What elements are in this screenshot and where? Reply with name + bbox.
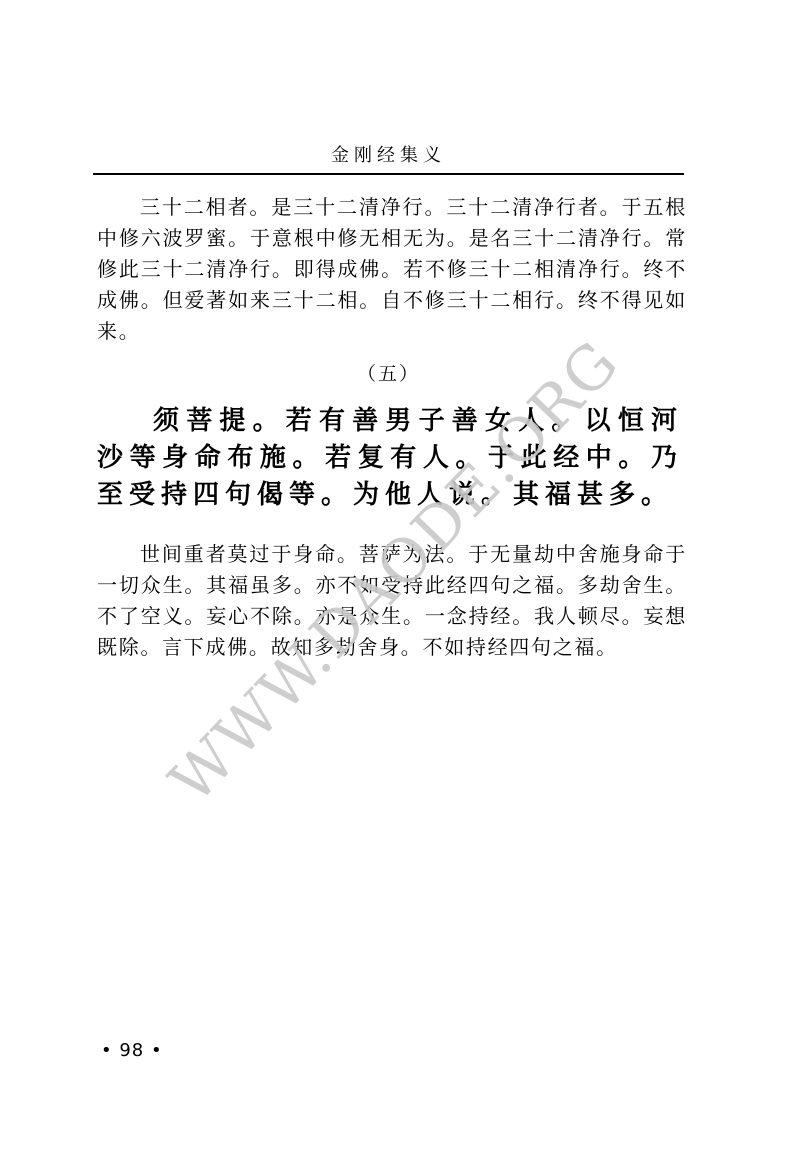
header-rule-divider bbox=[93, 173, 684, 175]
section-heading: （五） bbox=[93, 362, 684, 386]
book-page: 金刚经集义 三十二相者。是三十二清净行。三十二清净行者。于五根中修六波罗蜜。于意… bbox=[0, 0, 794, 1149]
commentary-paragraph-2: 世间重者莫过于身命。菩萨为法。于无量劫中舍施身命于一切众生。其福虽多。亦不如受持… bbox=[97, 539, 687, 663]
commentary-paragraph-1: 三十二相者。是三十二清净行。三十二清净行者。于五根中修六波罗蜜。于意根中修无相无… bbox=[97, 192, 687, 347]
commentary-text-2: 世间重者莫过于身命。菩萨为法。于无量劫中舍施身命于一切众生。其福虽多。亦不如受持… bbox=[97, 539, 687, 663]
commentary-text-1: 三十二相者。是三十二清净行。三十二清净行者。于五根中修六波罗蜜。于意根中修无相无… bbox=[97, 192, 687, 347]
sutra-quotation: 须菩提。若有善男子善女人。以恒河沙等身命布施。若复有人。于此经中。乃至受持四句偈… bbox=[97, 403, 683, 514]
sutra-text: 须菩提。若有善男子善女人。以恒河沙等身命布施。若复有人。于此经中。乃至受持四句偈… bbox=[97, 403, 683, 514]
page-number: • 98 • bbox=[101, 1040, 163, 1062]
running-header-title: 金刚经集义 bbox=[93, 145, 684, 167]
